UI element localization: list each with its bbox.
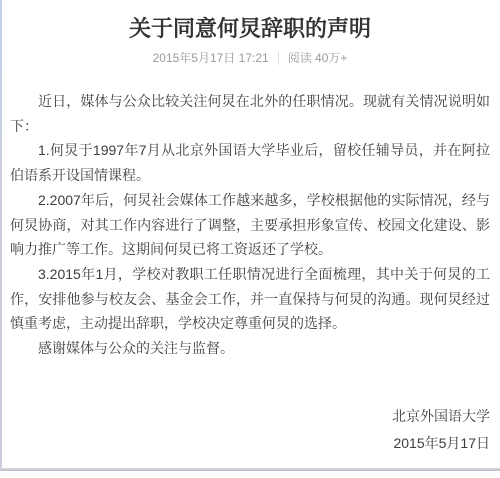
meta-row: 2015年5月17日 17:21 阅读 40万+: [10, 51, 490, 66]
meta-divider: [278, 52, 279, 65]
statement-card: 关于同意何炅辞职的声明 2015年5月17日 17:21 阅读 40万+ 近日，…: [0, 0, 500, 478]
signature-org: 北京外国语大学: [10, 403, 490, 430]
page-title: 关于同意何炅辞职的声明: [10, 15, 490, 42]
publish-datetime: 2015年5月17日 17:21: [153, 51, 269, 66]
body-paragraph: 感谢媒体与公众的关注与监督。: [10, 336, 490, 361]
read-count: 阅读 40万+: [288, 51, 348, 66]
body-paragraph: 1.何炅于1997年7月从北京外国语大学毕业后，留校任辅导员，并在阿拉伯语系开设…: [10, 138, 490, 187]
body-paragraph: 2.2007年后，何炅社会媒体工作越来越多，学校根据他的实际情况，经与何炅协商，…: [10, 188, 490, 262]
body-paragraph: 3.2015年1月，学校对教职工任职情况进行全面梳理，其中关于何炅的工作，安排他…: [10, 262, 490, 336]
left-border-line: [0, 0, 2, 469]
statement-content: 关于同意何炅辞职的声明 2015年5月17日 17:21 阅读 40万+ 近日，…: [0, 15, 500, 457]
signature-block: 北京外国语大学 2015年5月17日: [10, 403, 490, 457]
statement-body: 近日，媒体与公众比较关注何炅在北外的任职情况。现就有关情况说明如下： 1.何炅于…: [10, 89, 490, 361]
signature-date: 2015年5月17日: [10, 430, 490, 457]
body-paragraph: 近日，媒体与公众比较关注何炅在北外的任职情况。现就有关情况说明如下：: [10, 89, 490, 138]
bottom-border-line: [0, 468, 500, 471]
